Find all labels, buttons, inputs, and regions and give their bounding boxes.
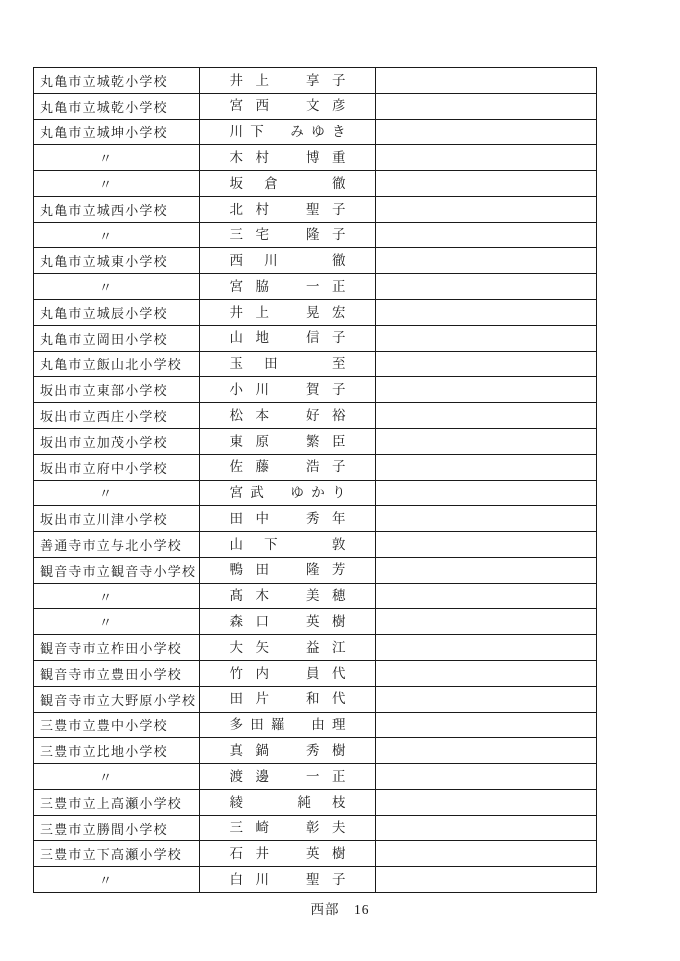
family-name-char: 東 — [230, 435, 244, 449]
family-name-char: 中 — [256, 512, 270, 526]
school-cell: 丸亀市立城乾小学校 — [34, 94, 200, 119]
name-gap — [282, 699, 294, 700]
family-name-char: 多 — [230, 718, 244, 732]
ditto-mark: 〃 — [99, 587, 112, 606]
school-cell-ditto: 〃 — [34, 867, 200, 892]
blank-cell — [376, 532, 596, 557]
table-row: 〃渡邊一正 — [34, 764, 596, 790]
teacher-name-cell: 宮西文彦 — [200, 94, 376, 119]
family-name-char: 北 — [230, 203, 244, 217]
given-name-char: 博 — [306, 151, 320, 165]
blank-cell — [376, 145, 596, 170]
given-name-char: 一 — [306, 280, 320, 294]
blank-cell — [376, 635, 596, 660]
teacher-name-cell: 渡邊一正 — [200, 764, 376, 789]
family-name-char: 藤 — [256, 460, 270, 474]
given-name-char: き — [332, 125, 346, 139]
blank-cell — [376, 481, 596, 506]
given-name-char: ゆ — [290, 486, 304, 500]
blank-cell — [376, 816, 596, 841]
given-name-char: 信 — [306, 331, 320, 345]
table-row: 観音寺市立豊田小学校竹内員代 — [34, 661, 596, 687]
given-name-char: 徹 — [332, 177, 346, 191]
family-name-char: 宮 — [230, 280, 244, 294]
ditto-mark: 〃 — [99, 174, 112, 193]
family-name-char: 井 — [230, 74, 244, 88]
teacher-name-cell: 白川聖子 — [200, 867, 376, 892]
teacher-name: 小川賀子 — [230, 383, 346, 397]
teacher-name-cell: 宮武ゆかり — [200, 481, 376, 506]
family-name-char: 玉 — [230, 357, 244, 371]
teacher-name-cell: 川下みゆき — [200, 120, 376, 145]
family-name-char: 白 — [230, 873, 244, 887]
teacher-name: 大矢益江 — [230, 641, 346, 655]
table-row: 坂出市立府中小学校佐藤浩子 — [34, 455, 596, 481]
school-name: 坂出市立東部小学校 — [40, 380, 168, 399]
school-name: 三豊市立勝間小学校 — [40, 819, 168, 838]
family-name-char: 渡 — [230, 770, 244, 784]
school-name: 坂出市立川津小学校 — [40, 509, 168, 528]
name-gap — [282, 106, 294, 107]
blank-cell — [376, 429, 596, 454]
teacher-name-cell: 綾純枝 — [200, 790, 376, 815]
school-cell-ditto: 〃 — [34, 171, 200, 196]
school-cell: 三豊市立上高瀬小学校 — [34, 790, 200, 815]
teacher-name: 山下敦 — [230, 538, 346, 552]
family-name-char: 鍋 — [256, 744, 270, 758]
name-gap — [282, 750, 294, 751]
teacher-name: 白川聖子 — [230, 873, 346, 887]
given-name-char: 益 — [306, 641, 320, 655]
ditto-mark: 〃 — [99, 870, 112, 889]
table-row: 丸亀市立城坤小学校川下みゆき — [34, 120, 596, 146]
ditto-mark: 〃 — [99, 148, 112, 167]
family-name-char: 西 — [230, 254, 244, 268]
teacher-name-cell: 竹内員代 — [200, 661, 376, 686]
family-name-char: 井 — [230, 306, 244, 320]
given-name-char: 聖 — [306, 203, 320, 217]
table-row: 坂出市立川津小学校田中秀年 — [34, 506, 596, 532]
given-name-char: 由 — [311, 718, 325, 732]
teacher-name-cell: 東原繁臣 — [200, 429, 376, 454]
given-name-char: 純 — [297, 796, 311, 810]
school-cell: 三豊市立下高瀬小学校 — [34, 841, 200, 866]
teacher-name: 田中秀年 — [230, 512, 346, 526]
school-name: 丸亀市立城東小学校 — [40, 251, 168, 270]
given-name-char: 正 — [332, 280, 346, 294]
teacher-name-cell: 田中秀年 — [200, 506, 376, 531]
table-row: 〃森口英樹 — [34, 609, 596, 635]
school-cell: 坂出市立川津小学校 — [34, 506, 200, 531]
table-row: 三豊市立比地小学校真鍋秀樹 — [34, 738, 596, 764]
teacher-name: 東原繁臣 — [230, 435, 346, 449]
family-name-char: 木 — [230, 151, 244, 165]
ditto-mark: 〃 — [99, 277, 112, 296]
blank-cell — [376, 584, 596, 609]
table-row: 三豊市立下高瀬小学校石井英樹 — [34, 841, 596, 867]
teacher-name-cell: 佐藤浩子 — [200, 455, 376, 480]
teacher-name-cell: 石井英樹 — [200, 841, 376, 866]
school-cell: 観音寺市立豊田小学校 — [34, 661, 200, 686]
given-name-char: 年 — [332, 512, 346, 526]
teacher-name-cell: 三宅隆子 — [200, 223, 376, 248]
given-name-char: 美 — [306, 589, 320, 603]
family-name-char: 田 — [230, 512, 244, 526]
school-cell: 丸亀市立飯山北小学校 — [34, 352, 200, 377]
table-row: 〃宮武ゆかり — [34, 481, 596, 507]
table-row: 観音寺市立大野原小学校田片和代 — [34, 687, 596, 713]
family-name-char: 佐 — [230, 460, 244, 474]
given-name-char: 芳 — [332, 563, 346, 577]
family-name-char: 下 — [264, 538, 278, 552]
blank-cell — [376, 352, 596, 377]
given-name-char: 代 — [332, 692, 346, 706]
family-name-char: 脇 — [256, 280, 270, 294]
name-gap — [282, 596, 294, 597]
school-cell: 三豊市立勝間小学校 — [34, 816, 200, 841]
teacher-name: 森口英樹 — [230, 615, 346, 629]
name-gap — [282, 80, 294, 81]
teacher-name: 田片和代 — [230, 692, 346, 706]
blank-cell — [376, 68, 596, 93]
family-name-char: 山 — [230, 331, 244, 345]
teacher-name: 綾純枝 — [230, 796, 346, 810]
family-name-char: 川 — [256, 873, 270, 887]
given-name-char: 穂 — [332, 589, 346, 603]
given-name-char: 樹 — [332, 615, 346, 629]
school-cell-ditto: 〃 — [34, 481, 200, 506]
given-name-char: 樹 — [332, 744, 346, 758]
given-name-char: 子 — [332, 228, 346, 242]
family-name-char: 西 — [256, 99, 270, 113]
given-name-char: 員 — [306, 667, 320, 681]
school-name: 観音寺市立大野原小学校 — [40, 690, 196, 709]
school-cell: 丸亀市立城乾小学校 — [34, 68, 200, 93]
given-name-char: 徹 — [332, 254, 346, 268]
school-name: 善通寺市立与北小学校 — [40, 535, 182, 554]
school-name: 三豊市立豊中小学校 — [40, 715, 168, 734]
family-name-char: 川 — [230, 125, 244, 139]
school-cell-ditto: 〃 — [34, 764, 200, 789]
family-name-char: 川 — [264, 254, 278, 268]
teacher-name-cell: 宮脇一正 — [200, 274, 376, 299]
name-gap — [282, 570, 294, 571]
table-row: 坂出市立東部小学校小川賀子 — [34, 377, 596, 403]
given-name-char: 子 — [332, 74, 346, 88]
teacher-name: 川下みゆき — [230, 125, 346, 139]
family-name-char: 倉 — [264, 177, 278, 191]
blank-cell — [376, 661, 596, 686]
blank-cell — [376, 713, 596, 738]
name-gap — [282, 389, 294, 390]
name-gap — [271, 492, 283, 493]
blank-cell — [376, 558, 596, 583]
table-row: 三豊市立上高瀬小学校綾純枝 — [34, 790, 596, 816]
given-name-char: 英 — [306, 847, 320, 861]
school-cell-ditto: 〃 — [34, 145, 200, 170]
name-gap — [282, 286, 294, 287]
name-gap — [292, 724, 304, 725]
blank-cell — [376, 377, 596, 402]
teacher-name: 木村博重 — [230, 151, 346, 165]
given-name-char: 英 — [306, 615, 320, 629]
table-row: 丸亀市立岡田小学校山地信子 — [34, 326, 596, 352]
name-gap — [282, 647, 294, 648]
given-name-char: 秀 — [306, 744, 320, 758]
school-cell: 観音寺市立柞田小学校 — [34, 635, 200, 660]
family-name-char: 井 — [256, 847, 270, 861]
name-gap — [282, 518, 294, 519]
table-row: 丸亀市立城乾小学校井上享子 — [34, 68, 596, 94]
school-cell-ditto: 〃 — [34, 274, 200, 299]
family-name-char: 本 — [256, 409, 270, 423]
teacher-name: 松本好裕 — [230, 409, 346, 423]
name-gap — [299, 544, 311, 545]
given-name-char: 江 — [332, 641, 346, 655]
school-cell-ditto: 〃 — [34, 584, 200, 609]
table-row: 三豊市立豊中小学校多田羅由理 — [34, 713, 596, 739]
school-cell-ditto: 〃 — [34, 223, 200, 248]
teacher-name-cell: 山下敦 — [200, 532, 376, 557]
teacher-name-cell: 森口英樹 — [200, 609, 376, 634]
school-name: 観音寺市立観音寺小学校 — [40, 561, 196, 580]
table-row: 〃髙木美穂 — [34, 584, 596, 610]
school-cell: 丸亀市立城東小学校 — [34, 248, 200, 273]
given-name-char: 繁 — [306, 435, 320, 449]
teacher-name-cell: 木村博重 — [200, 145, 376, 170]
blank-cell — [376, 687, 596, 712]
family-name-char: 三 — [230, 228, 244, 242]
family-name-char: 村 — [256, 151, 270, 165]
teacher-name: 山地信子 — [230, 331, 346, 345]
name-gap — [282, 312, 294, 313]
family-name-char: 小 — [230, 383, 244, 397]
school-cell: 坂出市立加茂小学校 — [34, 429, 200, 454]
given-name-char: 文 — [306, 99, 320, 113]
name-gap — [282, 441, 294, 442]
name-gap — [282, 853, 294, 854]
family-name-char: 崎 — [256, 821, 270, 835]
family-name-char: 片 — [256, 692, 270, 706]
given-name-char: 隆 — [306, 228, 320, 242]
family-name-char: 上 — [256, 74, 270, 88]
teacher-name: 渡邊一正 — [230, 770, 346, 784]
family-name-char: 坂 — [230, 177, 244, 191]
school-name: 丸亀市立飯山北小学校 — [40, 354, 182, 373]
ditto-mark: 〃 — [99, 226, 112, 245]
teacher-name: 鴨田隆芳 — [230, 563, 346, 577]
blank-cell — [376, 403, 596, 428]
table-row: 坂出市立加茂小学校東原繁臣 — [34, 429, 596, 455]
teacher-name: 宮脇一正 — [230, 280, 346, 294]
given-name-char: 理 — [332, 718, 346, 732]
family-name-char: 宅 — [256, 228, 270, 242]
blank-cell — [376, 171, 596, 196]
given-name-char: 子 — [332, 331, 346, 345]
teacher-name: 髙木美穂 — [230, 589, 346, 603]
teacher-name-cell: 松本好裕 — [200, 403, 376, 428]
family-name-char: 田 — [230, 692, 244, 706]
given-name-char: 代 — [332, 667, 346, 681]
family-name-char: 村 — [256, 203, 270, 217]
table-row: 観音寺市立柞田小学校大矢益江 — [34, 635, 596, 661]
family-name-char: 鴨 — [230, 563, 244, 577]
table-row: 三豊市立勝間小学校三崎彰夫 — [34, 816, 596, 842]
given-name-char: 和 — [306, 692, 320, 706]
given-name-char: 彰 — [306, 821, 320, 835]
blank-cell — [376, 248, 596, 273]
given-name-char: 子 — [332, 460, 346, 474]
family-name-char: 松 — [230, 409, 244, 423]
given-name-char: 子 — [332, 383, 346, 397]
name-gap — [282, 157, 294, 158]
roster-table: 丸亀市立城乾小学校井上享子丸亀市立城乾小学校宮西文彦丸亀市立城坤小学校川下みゆき… — [33, 67, 597, 893]
given-name-char: り — [332, 486, 346, 500]
family-name-char: 矢 — [256, 641, 270, 655]
given-name-char: 子 — [332, 203, 346, 217]
family-name-char: 三 — [230, 821, 244, 835]
family-name-char: 真 — [230, 744, 244, 758]
school-cell: 丸亀市立城西小学校 — [34, 197, 200, 222]
teacher-name: 宮武ゆかり — [230, 486, 346, 500]
given-name-char: 臣 — [332, 435, 346, 449]
blank-cell — [376, 790, 596, 815]
blank-cell — [376, 223, 596, 248]
school-name: 坂出市立西庄小学校 — [40, 406, 168, 425]
blank-cell — [376, 455, 596, 480]
school-name: 観音寺市立豊田小学校 — [40, 664, 182, 683]
given-name-char: 享 — [306, 74, 320, 88]
name-gap — [282, 673, 294, 674]
teacher-name: 井上晃宏 — [230, 306, 346, 320]
school-cell: 三豊市立比地小学校 — [34, 738, 200, 763]
table-row: 坂出市立西庄小学校松本好裕 — [34, 403, 596, 429]
teacher-name-cell: 西川徹 — [200, 248, 376, 273]
blank-cell — [376, 841, 596, 866]
school-cell: 坂出市立東部小学校 — [34, 377, 200, 402]
teacher-name-cell: 鴨田隆芳 — [200, 558, 376, 583]
teacher-name-cell: 井上享子 — [200, 68, 376, 93]
school-name: 丸亀市立城西小学校 — [40, 200, 168, 219]
family-name-char: 上 — [256, 306, 270, 320]
teacher-name: 真鍋秀樹 — [230, 744, 346, 758]
family-name-char: 川 — [256, 383, 270, 397]
name-gap — [282, 209, 294, 210]
document-page: 丸亀市立城乾小学校井上享子丸亀市立城乾小学校宮西文彦丸亀市立城坤小学校川下みゆき… — [0, 0, 680, 961]
family-name-char: 武 — [250, 486, 264, 500]
given-name-char: 敦 — [332, 538, 346, 552]
table-row: 丸亀市立城西小学校北村聖子 — [34, 197, 596, 223]
family-name-char: 宮 — [230, 486, 244, 500]
given-name-char: 枝 — [332, 796, 346, 810]
teacher-name: 玉田至 — [230, 357, 346, 371]
school-name: 丸亀市立城乾小学校 — [40, 71, 168, 90]
teacher-name: 三崎彰夫 — [230, 821, 346, 835]
school-cell: 善通寺市立与北小学校 — [34, 532, 200, 557]
ditto-mark: 〃 — [99, 612, 112, 631]
teacher-name-cell: 田片和代 — [200, 687, 376, 712]
family-name-char: 木 — [256, 589, 270, 603]
given-name-char: 彦 — [332, 99, 346, 113]
name-gap — [282, 621, 294, 622]
teacher-name: 竹内員代 — [230, 667, 346, 681]
family-name-char: 内 — [256, 667, 270, 681]
given-name-char: 秀 — [306, 512, 320, 526]
teacher-name-cell: 大矢益江 — [200, 635, 376, 660]
family-name-char: 口 — [256, 615, 270, 629]
family-name-char: 田 — [256, 563, 270, 577]
ditto-mark: 〃 — [99, 483, 112, 502]
table-row: 〃三宅隆子 — [34, 223, 596, 249]
teacher-name-cell: 三崎彰夫 — [200, 816, 376, 841]
family-name-char: 竹 — [230, 667, 244, 681]
school-name: 丸亀市立岡田小学校 — [40, 329, 168, 348]
family-name-char: 森 — [230, 615, 244, 629]
table-row: 丸亀市立城辰小学校井上晃宏 — [34, 300, 596, 326]
name-gap — [271, 131, 283, 132]
teacher-name: 坂倉徹 — [230, 177, 346, 191]
school-name: 坂出市立加茂小学校 — [40, 432, 168, 451]
name-gap — [299, 183, 311, 184]
blank-cell — [376, 506, 596, 531]
blank-cell — [376, 94, 596, 119]
teacher-name-cell: 井上晃宏 — [200, 300, 376, 325]
teacher-name: 三宅隆子 — [230, 228, 346, 242]
table-row: 丸亀市立城東小学校西川徹 — [34, 248, 596, 274]
table-row: 丸亀市立城乾小学校宮西文彦 — [34, 94, 596, 120]
given-name-char: 浩 — [306, 460, 320, 474]
teacher-name: 石井英樹 — [230, 847, 346, 861]
school-cell: 観音寺市立観音寺小学校 — [34, 558, 200, 583]
given-name-char: 夫 — [332, 821, 346, 835]
school-cell: 坂出市立府中小学校 — [34, 455, 200, 480]
name-gap — [299, 363, 311, 364]
blank-cell — [376, 326, 596, 351]
given-name-char: み — [290, 125, 304, 139]
family-name-char: 髙 — [230, 589, 244, 603]
blank-cell — [376, 197, 596, 222]
school-name: 三豊市立下高瀬小学校 — [40, 844, 182, 863]
given-name-char: 宏 — [332, 306, 346, 320]
school-cell: 三豊市立豊中小学校 — [34, 713, 200, 738]
teacher-name: 北村聖子 — [230, 203, 346, 217]
school-name: 丸亀市立城辰小学校 — [40, 303, 168, 322]
family-name-char: 大 — [230, 641, 244, 655]
teacher-name: 多田羅由理 — [230, 718, 346, 732]
given-name-char: 至 — [332, 357, 346, 371]
school-cell: 丸亀市立城坤小学校 — [34, 120, 200, 145]
table-row: 〃宮脇一正 — [34, 274, 596, 300]
teacher-name: 井上享子 — [230, 74, 346, 88]
given-name-char: 重 — [332, 151, 346, 165]
teacher-name: 宮西文彦 — [230, 99, 346, 113]
school-name: 丸亀市立城坤小学校 — [40, 122, 168, 141]
teacher-name-cell: 玉田至 — [200, 352, 376, 377]
given-name-char: 隆 — [306, 563, 320, 577]
school-cell: 丸亀市立城辰小学校 — [34, 300, 200, 325]
blank-cell — [376, 274, 596, 299]
family-name-char: 綾 — [230, 796, 244, 810]
family-name-char: 邊 — [256, 770, 270, 784]
blank-cell — [376, 738, 596, 763]
school-cell-ditto: 〃 — [34, 609, 200, 634]
family-name-char: 田 — [250, 718, 264, 732]
teacher-name-cell: 山地信子 — [200, 326, 376, 351]
name-gap — [282, 467, 294, 468]
blank-cell — [376, 120, 596, 145]
teacher-name-cell: 坂倉徹 — [200, 171, 376, 196]
teacher-name-cell: 北村聖子 — [200, 197, 376, 222]
